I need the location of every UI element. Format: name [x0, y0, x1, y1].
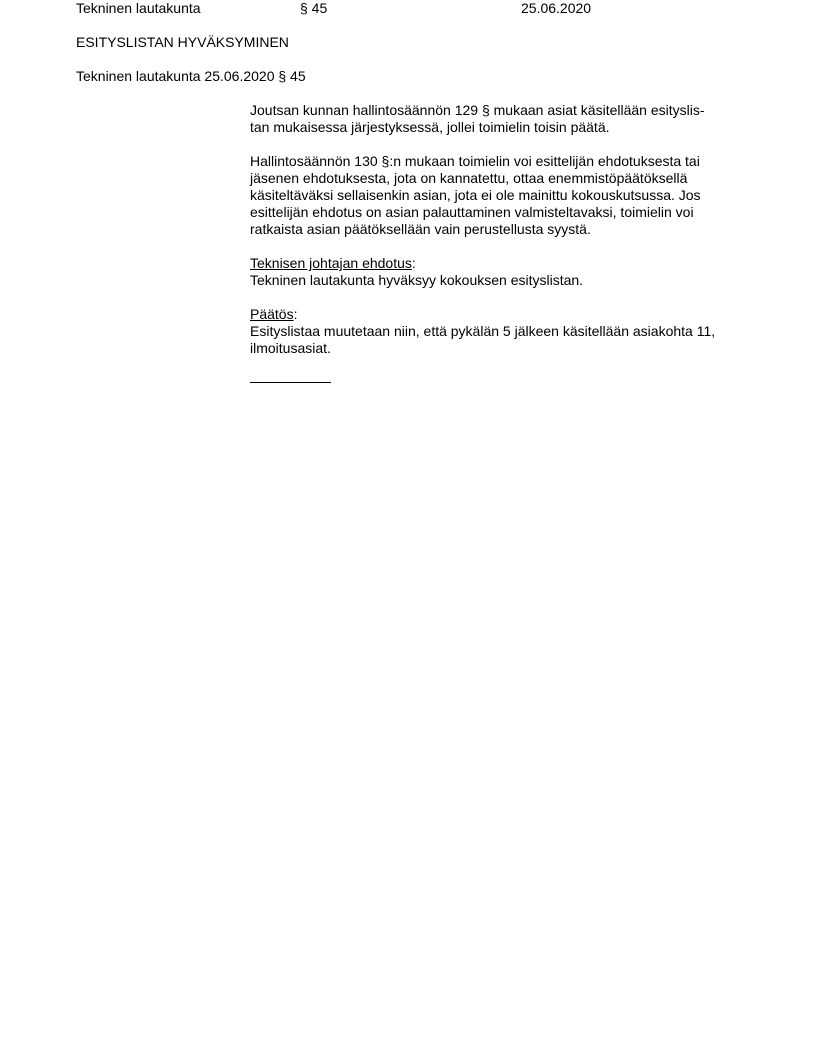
- paragraph-rules-130: Hallintosäännön 130 §:n mukaan toimielin…: [250, 153, 750, 238]
- paragraph-line: Joutsan kunnan hallintosäännön 129 § muk…: [250, 102, 750, 119]
- decision-heading: Päätös:: [250, 306, 750, 323]
- decision-line: Esityslistaa muutetaan niin, että pykälä…: [250, 323, 750, 340]
- paragraph-line: jäsenen ehdotuksesta, jota on kannatettu…: [250, 170, 750, 187]
- paragraph-line: esittelijän ehdotus on asian palauttamin…: [250, 204, 750, 221]
- paragraph-line: Hallintosäännön 130 §:n mukaan toimielin…: [250, 153, 750, 170]
- decision-section: Päätös: Esityslistaa muutetaan niin, ett…: [250, 306, 750, 357]
- paragraph-line: tan mukaisessa järjestyksessä, jollei to…: [250, 119, 750, 136]
- item-title: ESITYSLISTAN HYVÄKSYMINEN: [76, 34, 289, 50]
- proposal-text: Tekninen lautakunta hyväksyy kokouksen e…: [250, 272, 750, 289]
- proposal-heading: Teknisen johtajan ehdotus:: [250, 255, 750, 272]
- decision-line: ilmoitusasiat.: [250, 340, 750, 357]
- end-of-item-rule: [250, 382, 331, 383]
- decision-label: Päätös: [250, 306, 294, 322]
- header-date: 25.06.2020: [521, 0, 591, 16]
- paragraph-line: käsiteltäväksi sellaisenkin asian, jota …: [250, 187, 750, 204]
- item-body: Joutsan kunnan hallintosäännön 129 § muk…: [250, 102, 750, 383]
- proposal-section: Teknisen johtajan ehdotus: Tekninen laut…: [250, 255, 750, 289]
- paragraph-line: ratkaista asian päätöksellään vain perus…: [250, 221, 750, 238]
- header-organ: Tekninen lautakunta: [76, 0, 201, 16]
- paragraph-rules-129: Joutsan kunnan hallintosäännön 129 § muk…: [250, 102, 750, 136]
- proposal-label: Teknisen johtajan ehdotus: [250, 255, 412, 271]
- decision-label-suffix: :: [294, 306, 298, 322]
- proposal-label-suffix: :: [412, 255, 416, 271]
- meeting-reference: Tekninen lautakunta 25.06.2020 § 45: [76, 68, 306, 84]
- header-section-number: § 45: [300, 0, 327, 16]
